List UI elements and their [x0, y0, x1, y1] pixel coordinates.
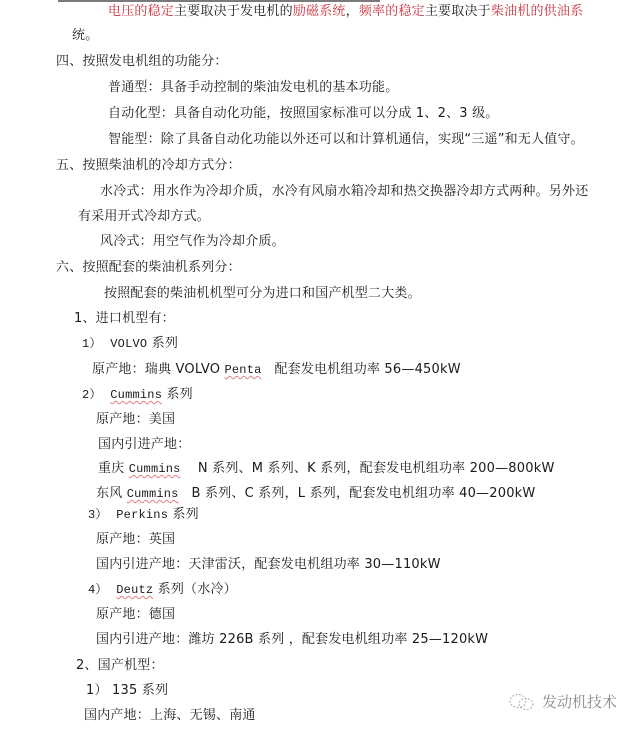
brand-name: Deutz [116, 583, 153, 597]
series-details: B 系列、C 系列，L 系列，配套发电机组功率 40—200kW [192, 486, 536, 501]
wechat-icon [508, 692, 536, 712]
deutz-origin: 原产地：德国 [96, 607, 175, 623]
domestic-heading: 2、国产机型： [76, 658, 164, 674]
highlight-frequency: 频率的稳定 [359, 4, 425, 19]
s135-title: 1） 135 系列 [86, 683, 168, 699]
series-label: 系列（水冷） [158, 582, 237, 597]
section6-intro: 按照配套的柴油机机型可分为进口和国产机型二大类。 [104, 286, 421, 302]
origin-text: 原产地：瑞典 VOLVO [92, 362, 224, 377]
watermark: 发动机技术 [508, 691, 617, 712]
brand-name: Perkins [116, 508, 168, 522]
power-range: 配套发电机组功率 56—450kW [275, 362, 461, 377]
imported-heading: 1、进口机型有： [74, 311, 175, 327]
series-label: 系列 [172, 507, 198, 522]
series-details: N 系列、M 系列、K 系列，配套发电机组功率 200—800kW [198, 461, 555, 476]
watermark-text: 发动机技术 [542, 691, 617, 712]
section6-heading: 六、按照配套的柴油机系列分： [56, 260, 241, 276]
s135-origin: 国内产地：上海、无锡、南通 [84, 708, 256, 724]
section4-item: 普通型：具备手动控制的柴油发电机的基本功能。 [108, 80, 398, 96]
cummins-title: 2） Cummins 系列 [82, 387, 193, 403]
top-divider [58, 0, 380, 2]
section5-air: 风冷式：用空气作为冷却介质。 [100, 234, 285, 250]
perkins-domestic: 国内引进产地：天津雷沃，配套发电机组功率 30—110kW [96, 557, 441, 573]
highlight-excitation: 励磁系统 [293, 4, 346, 19]
section5-heading: 五、按照柴油机的冷却方式分： [56, 158, 241, 174]
highlight-voltage: 电压的稳定 [108, 4, 174, 19]
location: 重庆 [98, 461, 129, 476]
item-number: 3） [88, 508, 108, 522]
brand-name: Cummins [110, 388, 162, 402]
penta-spellcheck: Penta [224, 363, 261, 377]
series-label: 系列 [152, 336, 178, 351]
deutz-title: 4） Deutz 系列（水冷） [88, 582, 237, 598]
perkins-title: 3） Perkins 系列 [88, 507, 199, 523]
perkins-origin: 原产地：英国 [96, 532, 175, 548]
series-label: 系列 [166, 387, 192, 402]
location: 东风 [96, 486, 127, 501]
brand-name: VOLVO [110, 337, 147, 351]
brand-name: Cummins [129, 462, 181, 476]
intro-comma: ， [346, 4, 359, 19]
item-number: 1） [82, 337, 102, 351]
cummins-chongqing: 重庆 Cummins N 系列、M 系列、K 系列，配套发电机组功率 200—8… [98, 461, 555, 477]
cummins-domestic: 国内引进产地： [98, 437, 190, 453]
section4-item: 智能型：除了具备自动化功能以外还可以和计算机通信，实现“三遥”和无人值守。 [108, 132, 584, 148]
item-number: 4） [88, 583, 108, 597]
intro-continuation: 统。 [72, 28, 98, 44]
intro-text: 主要取决于发电机的 [174, 4, 293, 19]
volvo-origin: 原产地：瑞典 VOLVO Penta 配套发电机组功率 56—450kW [92, 362, 461, 378]
section4-heading: 四、按照发电机组的功能分： [56, 54, 228, 70]
cummins-dongfeng: 东风 Cummins B 系列、C 系列，L 系列，配套发电机组功率 40—20… [96, 486, 535, 502]
deutz-domestic: 国内引进产地：潍坊 226B 系列 ，配套发电机组功率 25—120kW [96, 632, 488, 648]
section5-water-cont: 有采用开式冷却方式。 [78, 209, 210, 225]
intro-text-2: 主要取决于 [425, 4, 491, 19]
brand-name: Cummins [127, 487, 179, 501]
section5-water: 水冷式：用水作为冷却介质，水冷有风扇水箱冷却和热交换器冷却方式两种。另外还 [100, 184, 588, 200]
cummins-origin: 原产地：美国 [96, 412, 175, 428]
item-number: 2） [82, 388, 102, 402]
intro-line: 电压的稳定主要取决于发电机的励磁系统，频率的稳定主要取决于柴油机的供油系 [108, 4, 583, 20]
volvo-title: 1） VOLVO 系列 [82, 336, 178, 352]
section4-item: 自动化型：具备自动化功能，按照国家标准可以分成 1、2、3 级。 [108, 106, 498, 122]
highlight-fuel-system: 柴油机的供油系 [491, 4, 583, 19]
